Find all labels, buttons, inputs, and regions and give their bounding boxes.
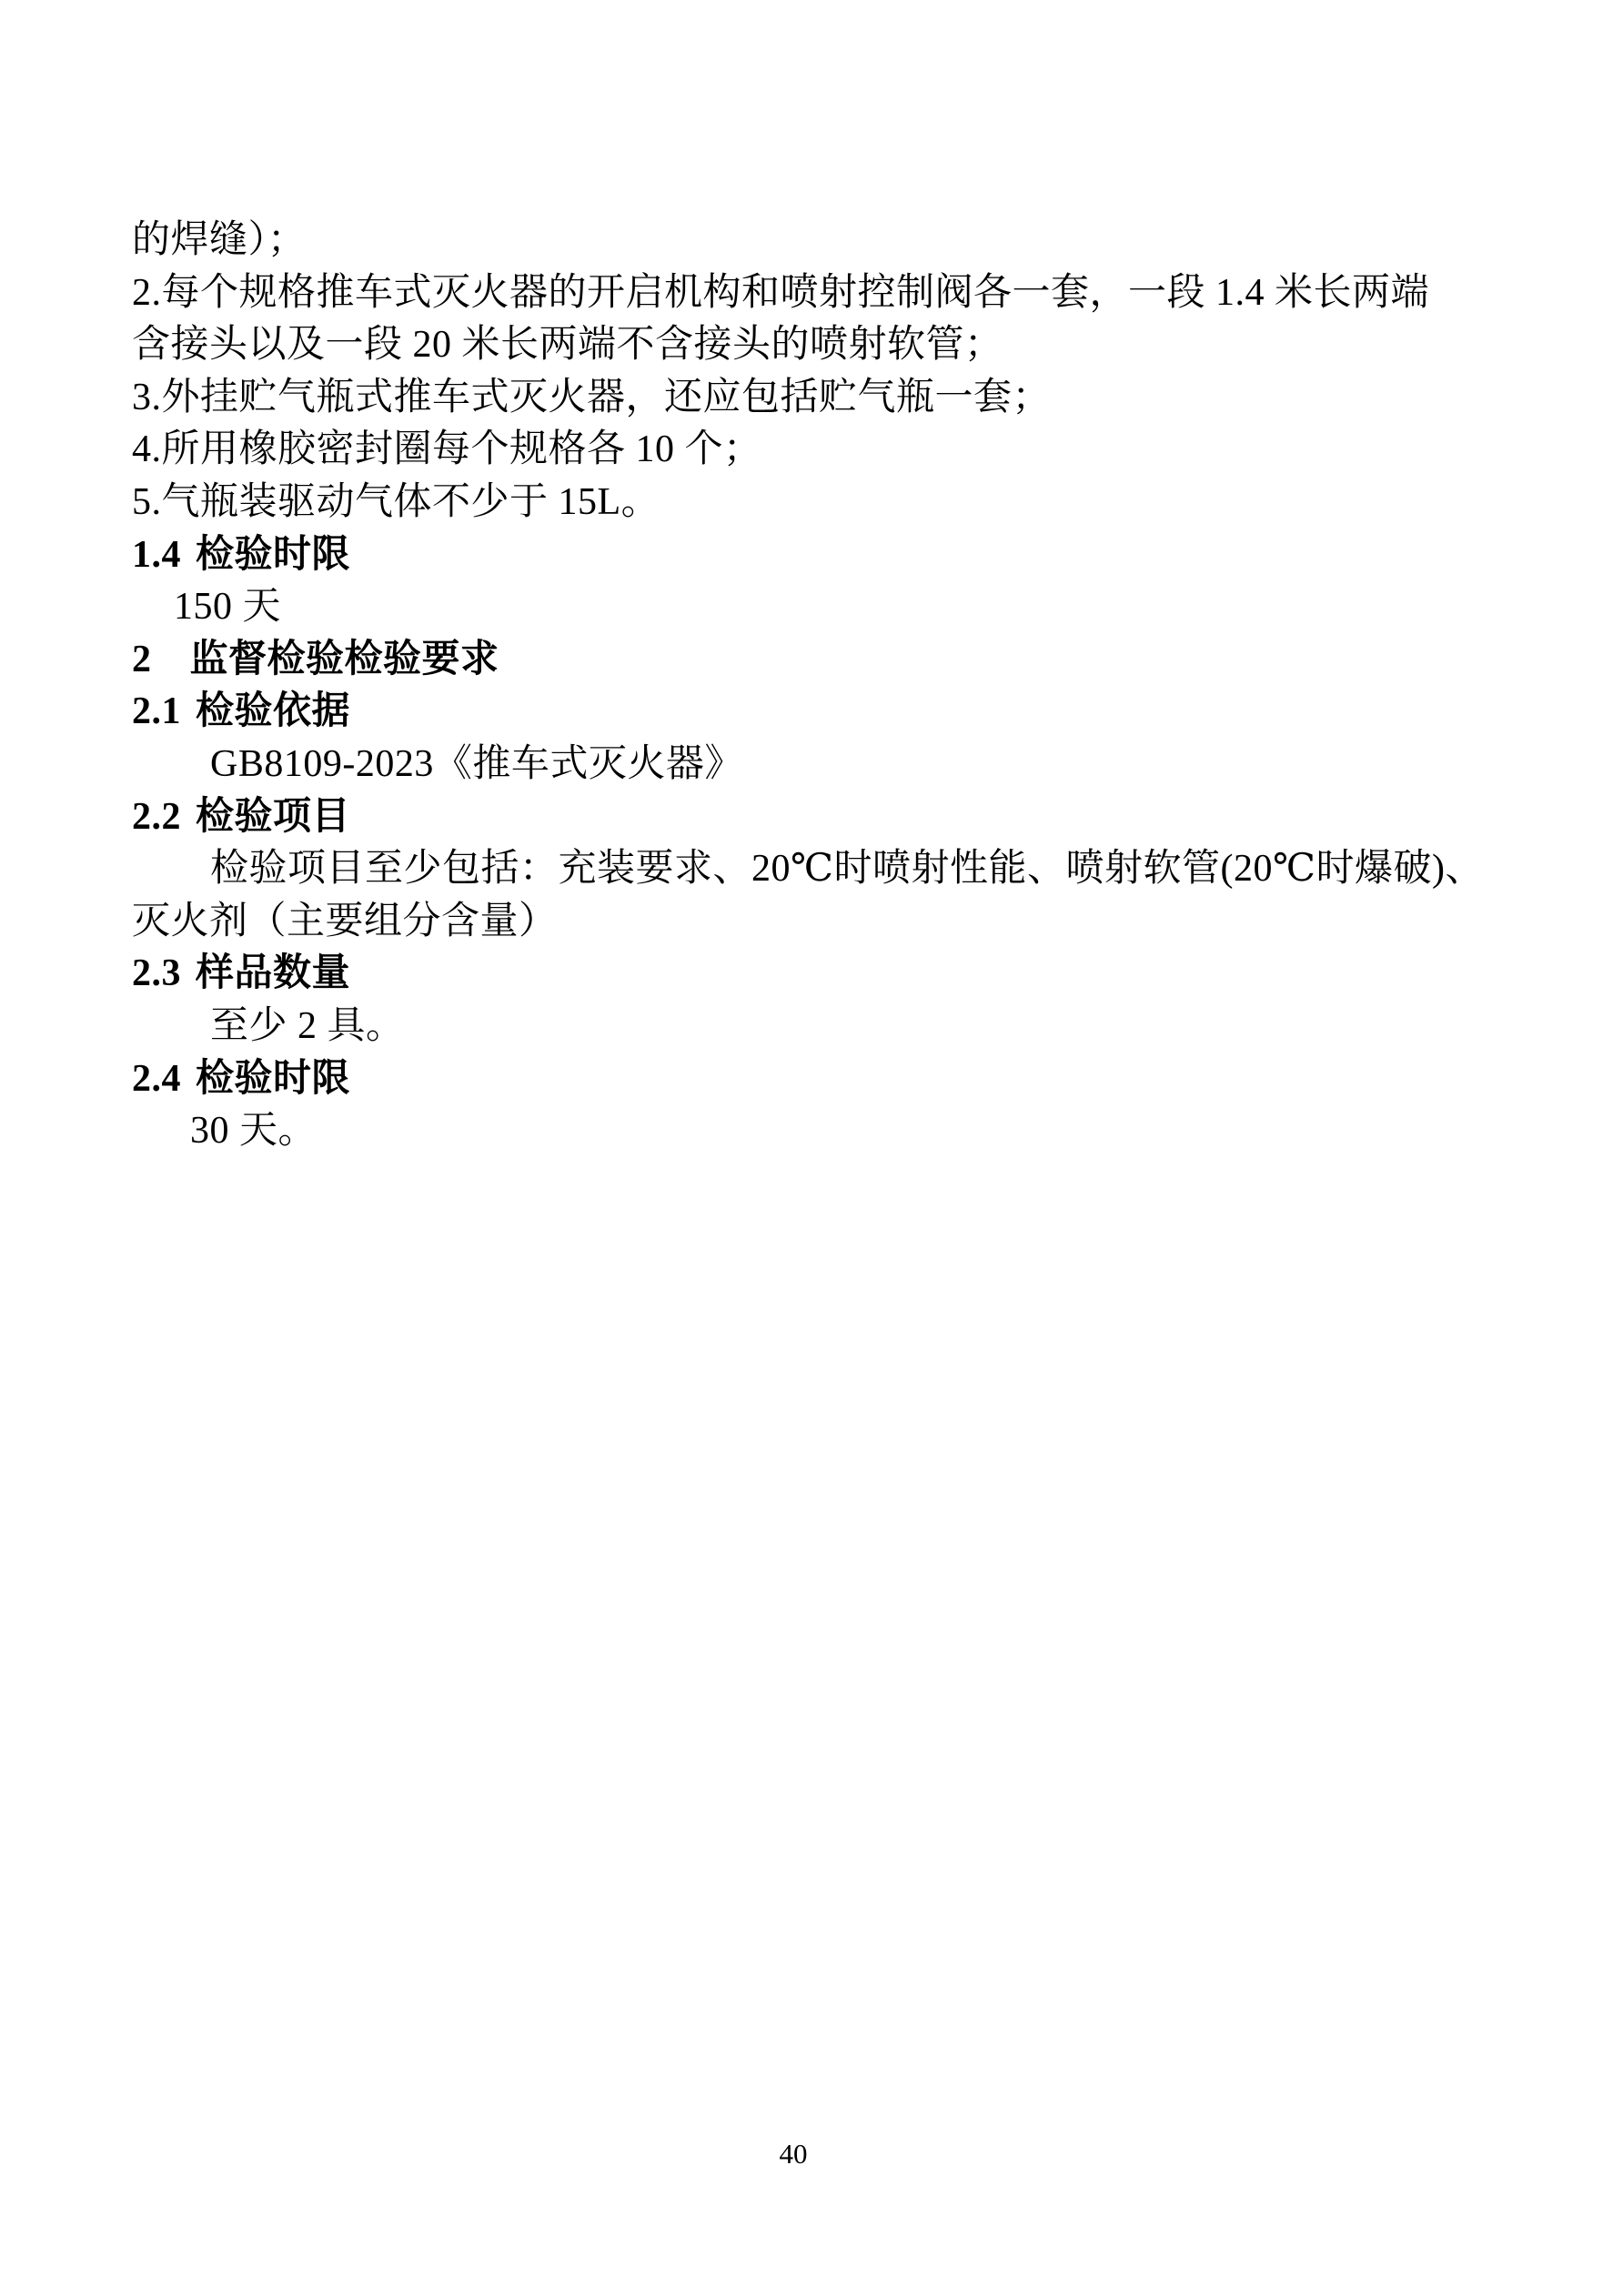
- list-item-3-external-gas-cartridge: 3.外挂贮气瓶式推车式灭火器，还应包括贮气瓶一套；: [132, 372, 1509, 425]
- heading-number: 2.3: [132, 948, 181, 1001]
- inspection-items-list: 检验项目至少包括：充装要求、20℃时喷射性能、喷射软管(20℃时爆破)、: [132, 843, 1509, 896]
- heading-2-4-inspection-period: 2.4检验时限: [132, 1053, 1509, 1106]
- heading-number: 1.4: [132, 529, 181, 582]
- heading-number: 2.4: [132, 1053, 181, 1106]
- heading-title: 监督检验检验要求: [190, 639, 499, 680]
- document-page: 的焊缝）； 2.每个规格推车式灭火器的开启机构和喷射控制阀各一套，一段 1.4 …: [0, 0, 1623, 2296]
- standard-reference-gb8109: GB8109-2023《推车式灭火器》: [132, 739, 1509, 791]
- heading-1-4-inspection-period: 1.4检验时限: [132, 529, 1509, 582]
- page-body: 的焊缝）； 2.每个规格推车式灭火器的开启机构和喷射控制阀各一套，一段 1.4 …: [132, 215, 1509, 1158]
- heading-2-1-inspection-basis: 2.1检验依据: [132, 686, 1509, 739]
- value-at-least-2-units: 至少 2 具。: [132, 1001, 1509, 1053]
- page-number: 40: [780, 2138, 808, 2170]
- heading-2-3-sample-quantity: 2.3样品数量: [132, 948, 1509, 1001]
- page-footer: 40: [0, 2136, 1587, 2172]
- list-item-2-continuation: 含接头以及一段 20 米长两端不含接头的喷射软管；: [132, 319, 1509, 372]
- list-item-5-drive-gas: 5.气瓶装驱动气体不少于 15L。: [132, 477, 1509, 529]
- heading-2-2-inspection-items: 2.2检验项目: [132, 791, 1509, 844]
- heading-number: 2: [132, 634, 152, 687]
- heading-title: 检验依据: [196, 690, 350, 732]
- heading-number: 2.1: [132, 686, 181, 739]
- heading-number: 2.2: [132, 791, 181, 844]
- heading-title: 样品数量: [196, 952, 350, 994]
- body-line-weld-seam: 的焊缝）；: [132, 215, 1509, 267]
- heading-title: 检验时限: [196, 534, 350, 576]
- heading-title: 检验时限: [196, 1058, 350, 1100]
- heading-2-supervision-inspection-requirements: 2监督检验检验要求: [132, 634, 1509, 687]
- heading-title: 检验项目: [196, 796, 350, 838]
- list-item-2-opening-mechanism: 2.每个规格推车式灭火器的开启机构和喷射控制阀各一套，一段 1.4 米长两端: [132, 267, 1509, 320]
- list-item-4-rubber-seals: 4.所用橡胶密封圈每个规格各 10 个；: [132, 424, 1509, 477]
- value-30-days: 30 天。: [132, 1105, 1509, 1158]
- value-150-days: 150 天: [132, 581, 1509, 634]
- inspection-items-continuation: 灭火剂（主要组分含量）: [132, 896, 1509, 949]
